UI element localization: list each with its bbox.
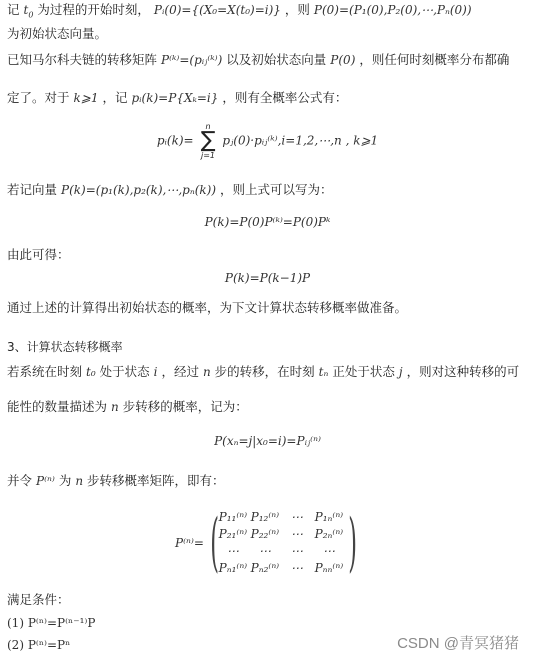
formula-n: n: [203, 365, 211, 379]
text: 正处于状态: [332, 364, 395, 379]
formula-pik: pᵢ(k)=P{Xₖ=i}: [131, 91, 218, 105]
matrix-lhs: P⁽ⁿ⁾=: [175, 536, 204, 550]
matrix-cell: ⋯: [291, 510, 303, 524]
condition-1: (1) P⁽ⁿ⁾=P⁽ⁿ⁻¹⁾P: [7, 615, 95, 631]
paragraph-conditions: 满足条件：: [7, 592, 70, 608]
text: 为过程的开始时刻，: [37, 2, 150, 17]
formula-p0-vector: P(0)=(P₁(0),P₂(0),⋯,Pₙ(0)): [314, 3, 472, 17]
matrix-cell: P₁₁⁽ⁿ⁾: [219, 510, 247, 524]
formula-pk-vector: P(k)=(p₁(k),p₂(k),⋯,pₙ(k)): [61, 183, 216, 197]
matrix-cell: P₂₂⁽ⁿ⁾: [251, 527, 279, 541]
formula-j: j: [399, 365, 403, 379]
matrix-grid: P₁₁⁽ⁿ⁾ P₁₂⁽ⁿ⁾ ⋯ P₁ₙ⁽ⁿ⁾ P₂₁⁽ⁿ⁾ P₂₂⁽ⁿ⁾ ⋯ P…: [217, 508, 345, 578]
formula-t0: t0: [24, 3, 34, 17]
paragraph-total-probability: 定了。对于 k⩾1 ，记 pᵢ(k)=P{Xₖ=i} ，则有全概率公式有：: [7, 90, 347, 106]
matrix-cell: ⋯: [227, 544, 239, 558]
text: 步转移概率矩阵，即有：: [87, 473, 225, 488]
text: ，则上式可以写为：: [220, 182, 333, 197]
text: ，则: [285, 2, 310, 17]
text: 以及初始状态向量: [226, 52, 326, 67]
text: 步的转移，在时刻: [215, 364, 315, 379]
formula-n: n: [111, 400, 119, 414]
matrix-cell: P₁₂⁽ⁿ⁾: [251, 510, 279, 524]
paragraph-initial-time: 记 t0 为过程的开始时刻， Pᵢ(0)={(X₀=X(t₀)=i)} ，则 P…: [7, 2, 472, 18]
text: ，则对这种转移的可: [407, 364, 520, 379]
matrix-cell: ⋯: [291, 544, 303, 558]
text: 处于状态: [100, 364, 150, 379]
summation-icon: n ∑ j=1: [201, 122, 216, 160]
watermark: CSDN @青冥猪猪: [397, 632, 519, 653]
equation-pk-power: P(k)=P(0)P⁽ᵏ⁾=P(0)Pᵏ: [0, 215, 535, 229]
matrix-cell: Pₙₙ⁽ⁿ⁾: [315, 561, 344, 575]
eq-left: pᵢ(k)=: [157, 134, 194, 148]
formula-tn: tₙ: [319, 365, 329, 379]
text: 若记向量: [7, 182, 57, 197]
matrix-cell: Pₙ₂⁽ⁿ⁾: [251, 561, 280, 575]
text: 并令: [7, 473, 32, 488]
formula-n: n: [75, 474, 83, 488]
condition-2: (2) P⁽ⁿ⁾=Pⁿ: [7, 637, 70, 653]
formula-p0: P(0): [330, 53, 355, 67]
text: 若系统在时刻: [7, 364, 82, 379]
formula-k-ge-1: k⩾1: [74, 91, 99, 105]
equation-recursion: P(k)=P(k−1)P: [0, 271, 535, 285]
paragraph-initial-vector: 为初始状态向量。: [7, 26, 107, 42]
text: ，则有全概率公式有：: [222, 90, 347, 105]
formula-t0: t₀: [86, 365, 96, 379]
text: 已知马尔科夫链的转移矩阵: [7, 52, 157, 67]
text: ，则任何时刻概率分布都确: [359, 52, 509, 67]
paragraph-hence: 由此可得：: [7, 247, 70, 263]
equation-n-step-prob: P(xₙ=j|x₀=i)=Pᵢⱼ⁽ⁿ⁾: [0, 434, 535, 448]
matrix-cell: P₂ₙ⁽ⁿ⁾: [315, 527, 344, 541]
paragraph-n-step: 若系统在时刻 t₀ 处于状态 i ，经过 n 步的转移，在时刻 tₙ 正处于状态…: [7, 364, 519, 380]
matrix-cell: ⋯: [291, 561, 303, 575]
matrix-cell: ⋯: [323, 544, 335, 558]
left-paren-icon: (: [210, 508, 214, 578]
paragraph-vector-def: 若记向量 P(k)=(p₁(k),p₂(k),⋯,pₙ(k)) ，则上式可以写为…: [7, 182, 333, 198]
matrix-cell: P₁ₙ⁽ⁿ⁾: [315, 510, 344, 524]
paragraph-matrix-def: 并令 P⁽ⁿ⁾ 为 n 步转移概率矩阵，即有：: [7, 473, 225, 489]
matrix-cell: Pₙ₁⁽ⁿ⁾: [219, 561, 248, 575]
formula-pi0: Pᵢ(0)={(X₀=X(t₀)=i)}: [154, 3, 281, 17]
text: 为: [59, 473, 72, 488]
equation-matrix: P⁽ⁿ⁾= ( P₁₁⁽ⁿ⁾ P₁₂⁽ⁿ⁾ ⋯ P₁ₙ⁽ⁿ⁾ P₂₁⁽ⁿ⁾ P₂…: [175, 508, 355, 578]
paragraph-transition-matrix: 已知马尔科夫链的转移矩阵 P⁽ᵏ⁾=(pᵢⱼ⁽ᵏ⁾) 以及初始状态向量 P(0)…: [7, 52, 509, 68]
text: 记: [7, 2, 20, 17]
text: ，经过: [161, 364, 199, 379]
equation-total-probability: pᵢ(k)= n ∑ j=1 pⱼ(0)·pᵢⱼ⁽ᵏ⁾,i=1,2,⋯,n , …: [0, 122, 535, 160]
eq-right: pⱼ(0)·pᵢⱼ⁽ᵏ⁾,i=1,2,⋯,n , k⩾1: [222, 134, 378, 148]
formula-pn: P⁽ⁿ⁾: [36, 474, 55, 488]
matrix-cell: ⋯: [259, 544, 271, 558]
matrix-cell: P₂₁⁽ⁿ⁾: [219, 527, 247, 541]
right-paren-icon: ): [348, 508, 352, 578]
paragraph-n-step-prob: 能性的数量描述为 n 步转移的概率，记为：: [7, 399, 248, 415]
text: 能性的数量描述为: [7, 399, 107, 414]
text: 定了。对于: [7, 90, 70, 105]
formula-pk: P⁽ᵏ⁾=(pᵢⱼ⁽ᵏ⁾): [161, 53, 222, 67]
matrix: ( P₁₁⁽ⁿ⁾ P₁₂⁽ⁿ⁾ ⋯ P₁ₙ⁽ⁿ⁾ P₂₁⁽ⁿ⁾ P₂₂⁽ⁿ⁾ ⋯…: [207, 508, 355, 578]
text: ，记: [102, 90, 127, 105]
section-heading-3: 3、计算状态转移概率: [7, 339, 123, 355]
sum-lower: j=1: [201, 151, 216, 160]
text: 步转移的概率，记为：: [123, 399, 248, 414]
paragraph-summary: 通过上述的计算得出初始状态的概率，为下文计算状态转移概率做准备。: [7, 300, 407, 316]
matrix-cell: ⋯: [291, 527, 303, 541]
formula-i: i: [154, 365, 158, 379]
